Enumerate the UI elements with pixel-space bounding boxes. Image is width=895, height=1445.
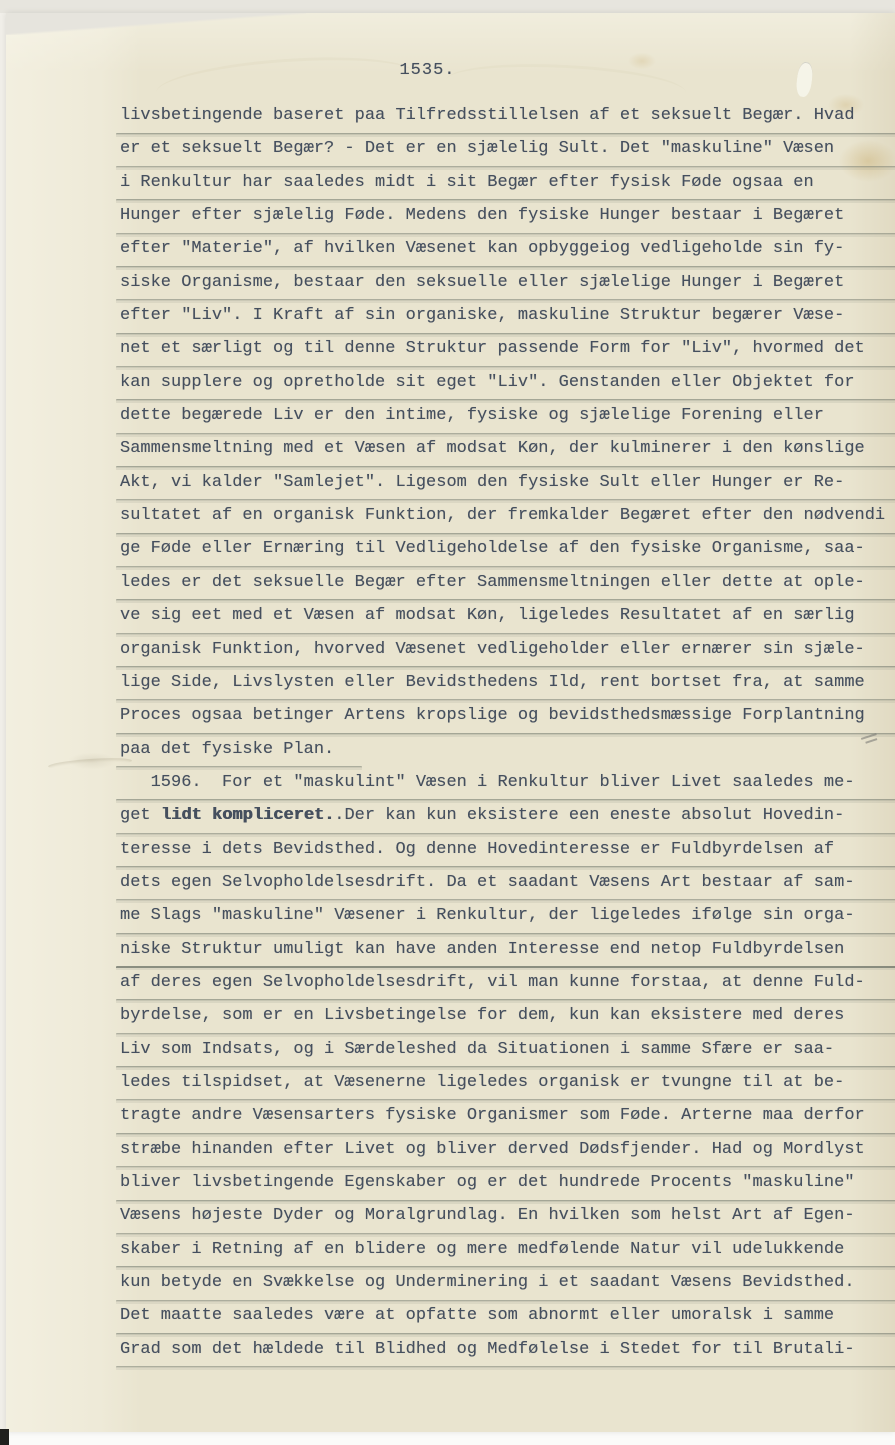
overstruck-text: lidt kompliceret. <box>161 806 334 825</box>
typed-line: efter "Liv". I Kraft af sin organiske, m… <box>120 306 888 339</box>
typed-line: Hunger efter sjælelig Føde. Medens den f… <box>120 206 888 239</box>
typed-lines: livsbetingende baseret paa Tilfredsstill… <box>120 106 888 1373</box>
typed-line: ledes tilspidset, at Væsenerne ligeledes… <box>120 1073 888 1106</box>
typed-line: 1596. For et "maskulint" Væsen i Renkult… <box>120 773 888 806</box>
typed-line: Det maatte saaledes være at opfatte som … <box>120 1306 888 1339</box>
typed-line: net et særligt og til denne Struktur pas… <box>120 339 888 372</box>
typed-line: kan supplere og opretholde sit eget "Liv… <box>120 373 888 406</box>
typed-line: skaber i Retning af en blidere og mere m… <box>120 1240 888 1273</box>
typed-line: bliver livsbetingende Egenskaber og er d… <box>120 1173 888 1206</box>
typed-line: dets egen Selvopholdelsesdrift. Da et sa… <box>120 873 888 906</box>
typed-line: sultatet af en organisk Funktion, der fr… <box>120 506 888 539</box>
typed-line: dette begærede Liv er den intime, fysisk… <box>120 406 888 439</box>
typed-line: stræbe hinanden efter Livet og bliver de… <box>120 1140 888 1173</box>
typed-line: ledes er det seksuelle Begær efter Samme… <box>120 573 888 606</box>
paper-top-edge-shadow <box>6 13 306 35</box>
typed-line: niske Struktur umuligt kan have anden In… <box>120 940 888 973</box>
typed-line: siske Organisme, bestaar den seksuelle e… <box>120 273 888 306</box>
typed-line: Grad som det hældede til Blidhed og Medf… <box>120 1340 888 1373</box>
document-page: 1535. livsbetingende baseret paa Tilfred… <box>6 13 895 1432</box>
typed-line: Liv som Indsats, og i Særdeleshed da Sit… <box>120 1040 888 1073</box>
typed-line: Sammensmeltning med et Væsen af modsat K… <box>120 439 888 472</box>
typed-line: ve sig eet med et Væsen af modsat Køn, l… <box>120 606 888 639</box>
typed-line: Akt, vi kalder "Samlejet". Ligesom den f… <box>120 473 888 506</box>
typed-line: Proces ogsaa betinger Artens kropslige o… <box>120 706 888 739</box>
typed-line: lige Side, Livslysten eller Bevidstheden… <box>120 673 888 706</box>
scan-corner-notch <box>0 1429 9 1445</box>
typed-line: me Slags "maskuline" Væsener i Renkultur… <box>120 906 888 939</box>
typed-line: kun betyde en Svækkelse og Underminering… <box>120 1273 888 1306</box>
typed-line: tragte andre Væsensarters fysiske Organi… <box>120 1106 888 1139</box>
typed-line: teresse i dets Bevidsthed. Og denne Hove… <box>120 840 888 873</box>
typed-line: i Renkultur har saaledes midt i sit Begæ… <box>120 173 888 206</box>
typed-line: Væsens højeste Dyder og Moralgrundlag. E… <box>120 1206 888 1239</box>
typed-line: paa det fysiske Plan. <box>120 740 888 773</box>
typed-line: get lidt kompliceret..Der kan kun eksist… <box>120 806 888 839</box>
typed-line: organisk Funktion, hvorved Væsenet vedli… <box>120 640 888 673</box>
page-number: 1535. <box>6 61 895 80</box>
typed-line: af deres egen Selvopholdelsesdrift, vil … <box>120 973 888 1006</box>
typed-line: efter "Materie", af hvilken Væsenet kan … <box>120 239 888 272</box>
typed-text: get <box>120 806 161 825</box>
typed-line: byrdelse, som er en Livsbetingelse for d… <box>120 1006 888 1039</box>
typed-line: er et seksuelt Begær? - Det er en sjælel… <box>120 139 888 172</box>
typed-line: ge Føde eller Ernæring til Vedligeholdel… <box>120 539 888 572</box>
typed-line: livsbetingende baseret paa Tilfredsstill… <box>120 106 888 139</box>
typed-text: .Der kan kun eksistere een eneste absolu… <box>334 806 844 825</box>
